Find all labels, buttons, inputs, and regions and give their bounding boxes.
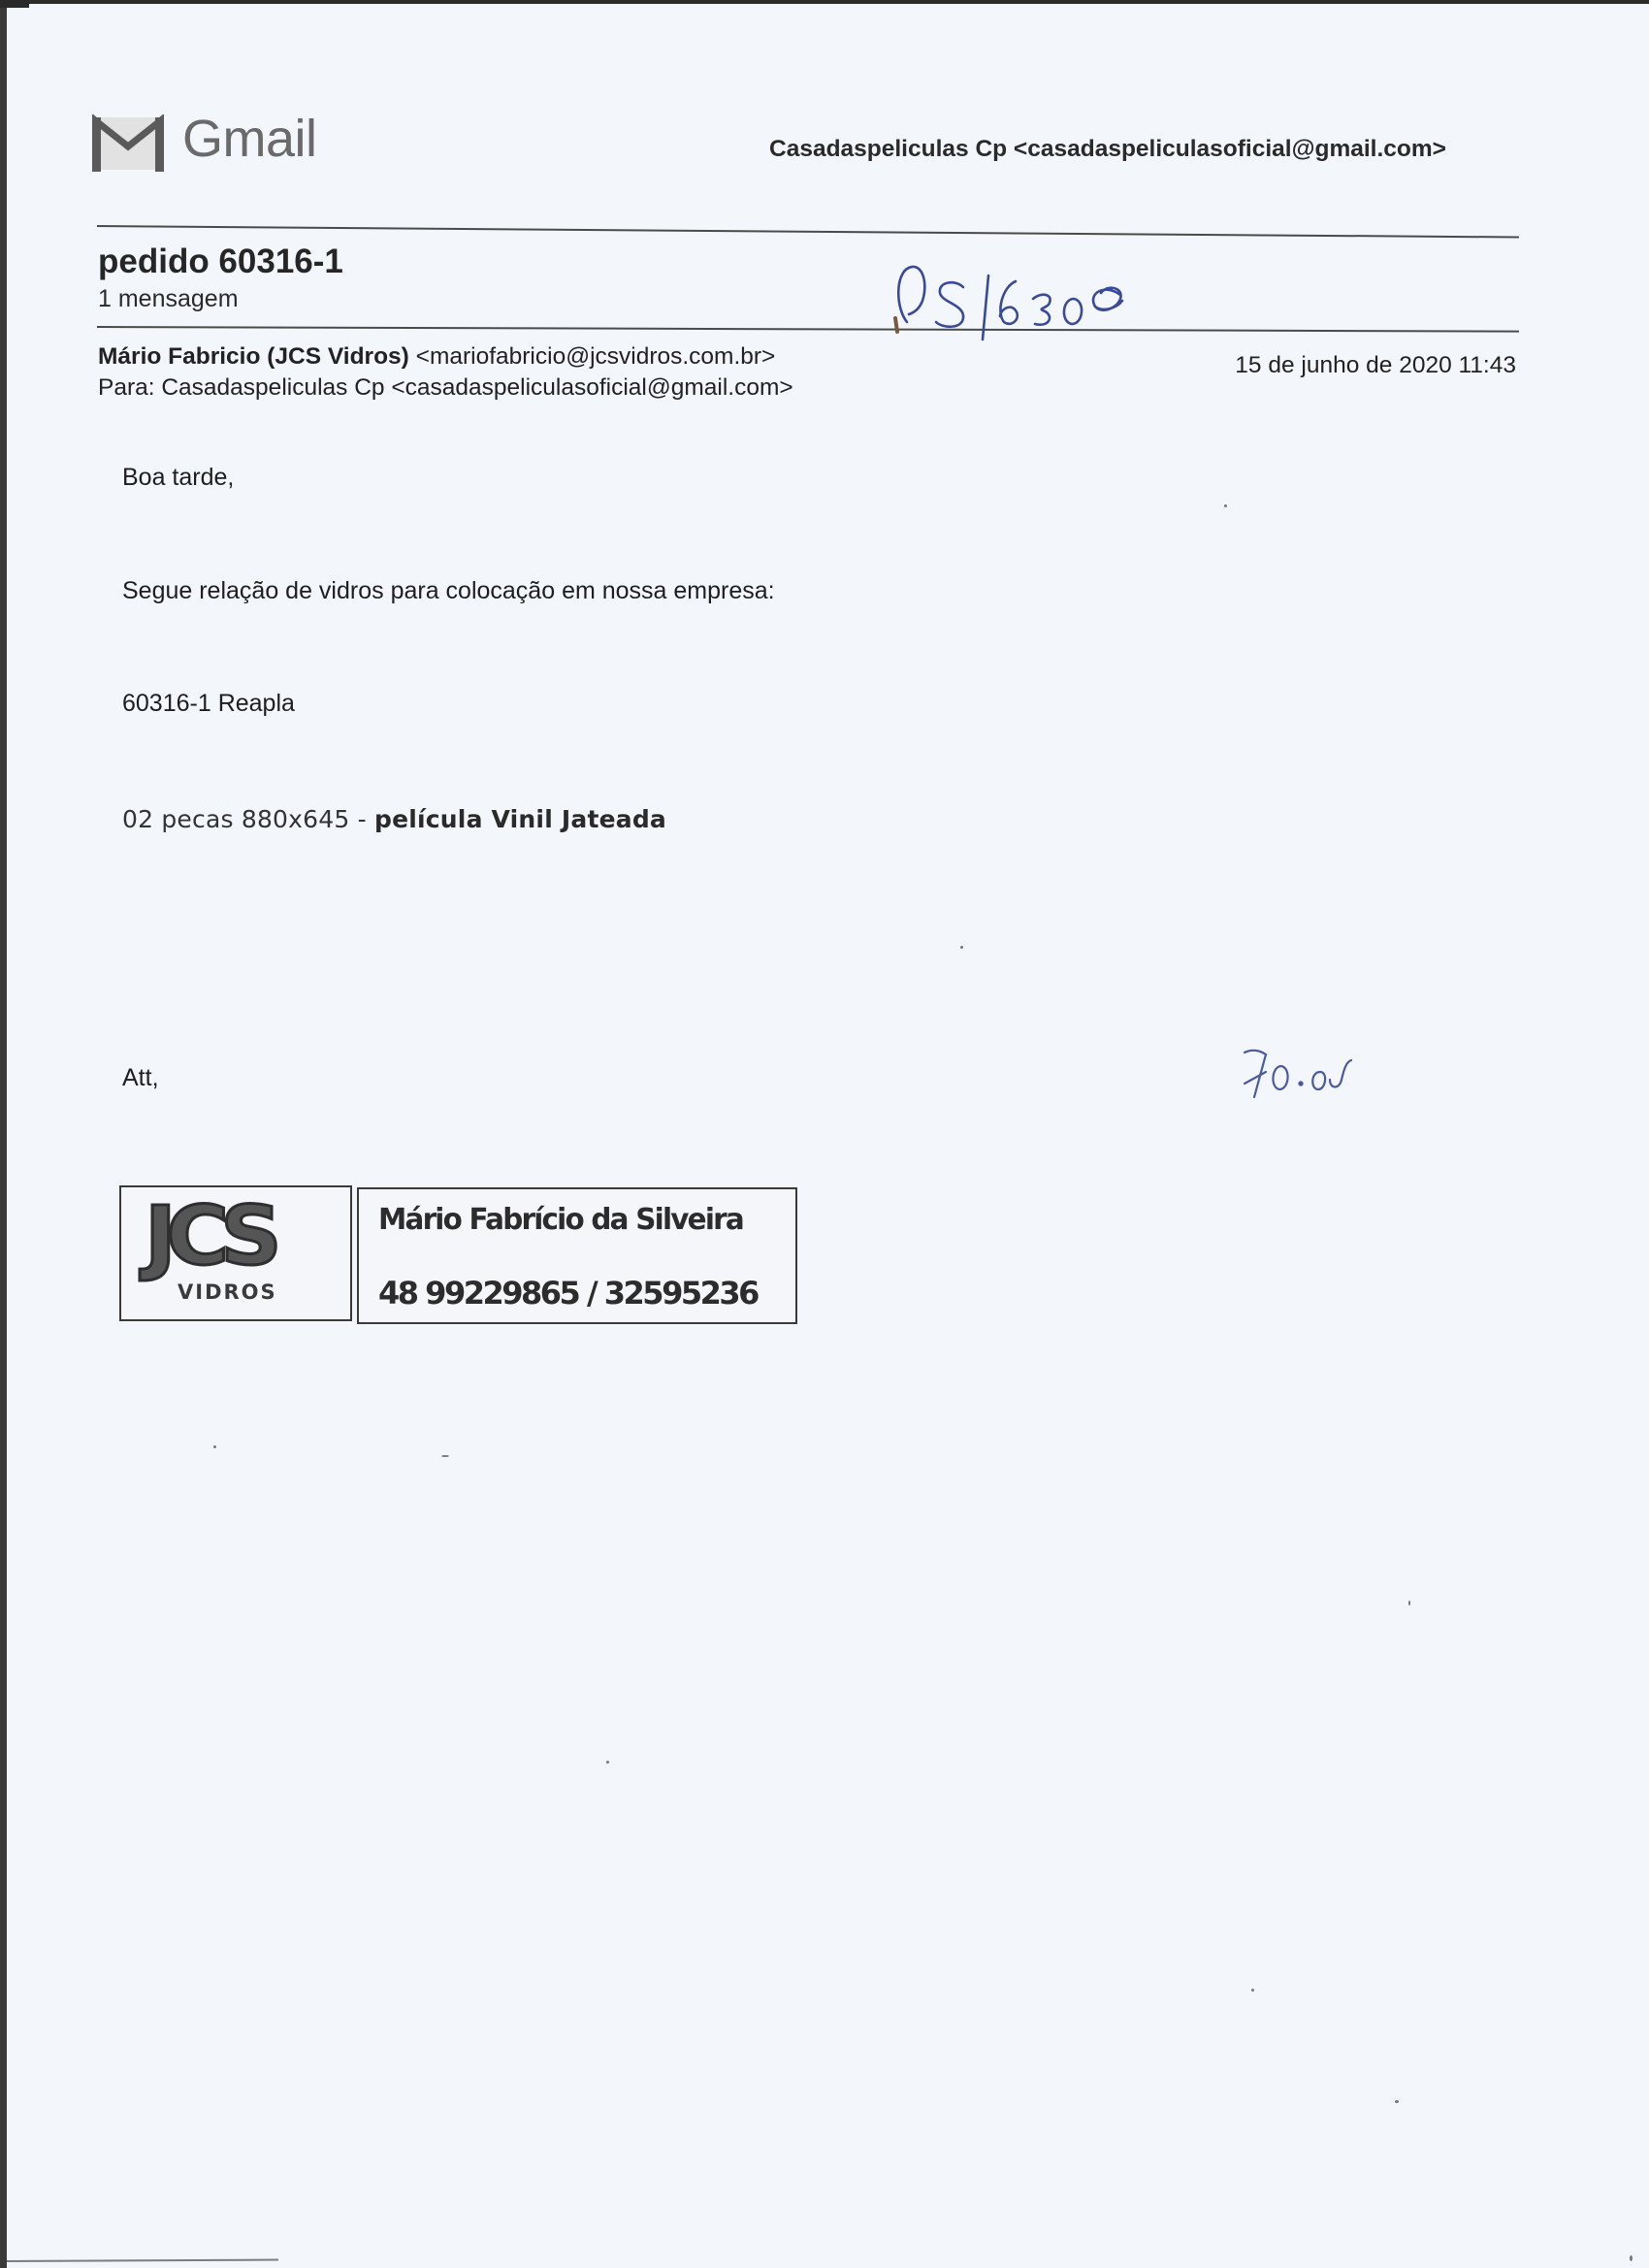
sender-email: <mariofabricio@jcsvidros.com.br> [409, 343, 776, 370]
sender-name: Mário Fabricio (JCS Vidros) [98, 343, 409, 370]
scan-speck [1630, 2255, 1633, 2261]
order-reference: 60316-1 Reapla [122, 690, 295, 718]
scan-speck [1224, 504, 1227, 507]
logo-vidros: VIDROS [178, 1280, 277, 1304]
item-material: película Vinil Jateada [374, 805, 666, 833]
signature-card: Mário Fabrício da Silveira 48 99229865 /… [357, 1187, 797, 1324]
scan-speck [1395, 2100, 1399, 2103]
intro-text: Segue relação de vidros para colocação e… [122, 577, 775, 605]
scan-bottom-edge [7, 2259, 278, 2262]
logo-jcs: JCS [145, 1195, 272, 1277]
message-date: 15 de junho de 2020 11:43 [1235, 352, 1516, 379]
closing: Att, [122, 1064, 159, 1092]
company-logo: JCS VIDROS [119, 1185, 352, 1321]
gmail-envelope-icon [92, 114, 164, 173]
handwritten-price: 70.00 [1237, 1043, 1382, 1111]
signature-name: Mário Fabrício da Silveira [378, 1203, 743, 1237]
sender-line: Mário Fabricio (JCS Vidros) <mariofabric… [98, 343, 775, 371]
scan-speck [1408, 1601, 1410, 1605]
greeting: Boa tarde, [122, 464, 234, 492]
handwritten-service-order: OS 16309 [888, 254, 1179, 341]
divider [97, 326, 1519, 333]
scan-left-edge [0, 0, 7, 2268]
thread-subject: pedido 60316-1 [98, 243, 343, 281]
order-item: 02 pecas 880x645 - película Vinil Jatead… [122, 805, 666, 833]
scan-corner-mark [0, 0, 29, 8]
account-label: Casadaspeliculas Cp <casadaspeliculasofi… [769, 136, 1446, 163]
scan-speck [213, 1445, 216, 1448]
scan-speck [441, 1455, 449, 1457]
gmail-wordmark: Gmail [182, 109, 317, 169]
scan-top-edge [0, 0, 1649, 4]
scan-speck [1251, 1989, 1254, 1992]
scan-speck [960, 946, 963, 949]
message-count: 1 mensagem [98, 285, 239, 313]
scan-speck [606, 1761, 609, 1764]
recipient-line: Para: Casadaspeliculas Cp <casadaspelicu… [98, 374, 793, 402]
signature-phones: 48 99229865 / 32595236 [378, 1275, 758, 1312]
item-quantity-size: 02 pecas 880x645 - [122, 805, 374, 833]
divider [97, 225, 1519, 239]
